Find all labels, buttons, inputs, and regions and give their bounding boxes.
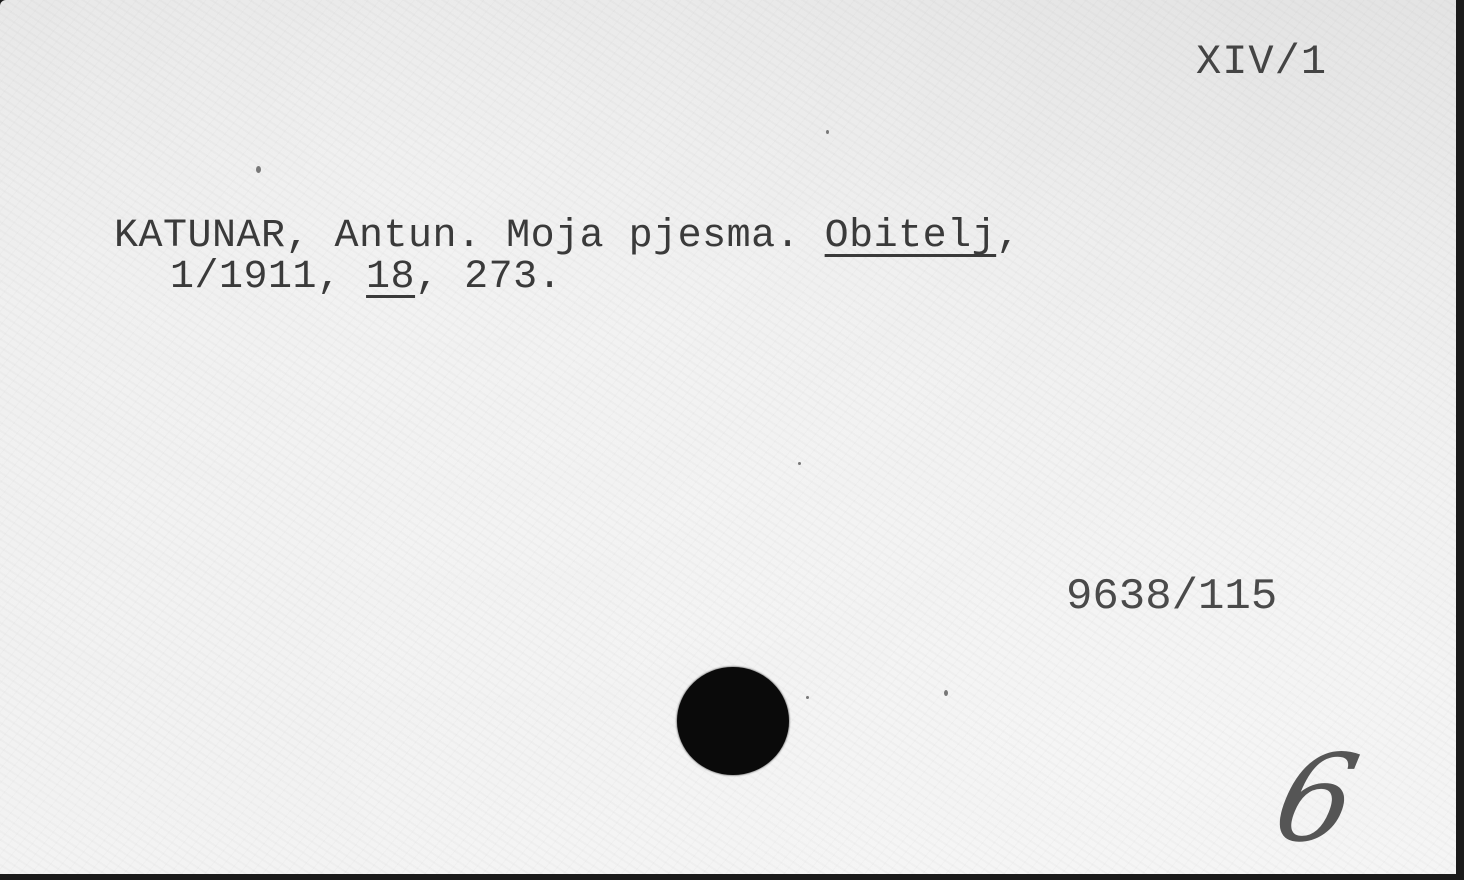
punch-hole xyxy=(677,667,789,775)
accession-number: 9638/115 xyxy=(1066,572,1277,622)
entry-line-1: KATUNAR, Antun. Moja pjesma. Obitelj, xyxy=(114,214,1021,259)
speck xyxy=(256,166,261,173)
speck xyxy=(806,696,809,699)
catalog-card: XIV/1 KATUNAR, Antun. Moja pjesma. Obite… xyxy=(0,0,1456,874)
speck xyxy=(798,462,801,465)
issue-year: 1/1911, xyxy=(170,255,342,300)
page-number: , 273. xyxy=(415,255,562,300)
volume-number: 18 xyxy=(366,255,415,300)
separator: , xyxy=(996,214,1021,259)
entry-line-2: 1/1911, 18, 273. xyxy=(170,255,562,300)
author-name: KATUNAR, Antun. xyxy=(114,214,482,259)
call-number: XIV/1 xyxy=(1196,38,1327,86)
speck xyxy=(826,130,829,134)
handwritten-mark: 6 xyxy=(1265,740,1367,860)
work-title: Moja pjesma. xyxy=(506,214,800,259)
journal-name: Obitelj xyxy=(825,214,997,259)
speck xyxy=(944,690,948,696)
